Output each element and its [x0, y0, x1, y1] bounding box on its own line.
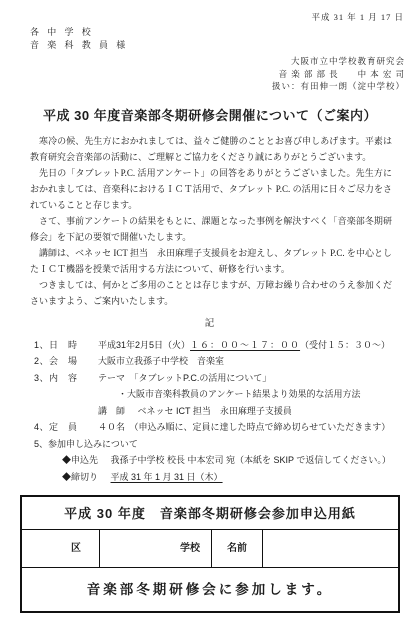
paragraph-invitation: つきましては、何かとご多用のこととは存じますが、万障お繰り合わせのうえ参加くださ…: [30, 277, 392, 309]
instructor-label: 講 師: [98, 406, 125, 416]
application-destination: ◆申込先 我孫子中学校 校長 中本宏司 宛（本紙を SKIP で返信してください…: [34, 452, 406, 469]
datetime-time-underlined: １６：００～１７：００: [190, 340, 300, 350]
item-content-label: 3、内 容: [34, 370, 98, 387]
item-venue: 2、会 場 大阪市立我孫子中学校 音楽室: [34, 353, 406, 370]
recipient-line-teachers: 音 楽 科 教 員 様: [30, 39, 420, 52]
item-venue-label: 2、会 場: [34, 353, 98, 370]
recipient-line-schools: 各 中 学 校: [30, 26, 420, 39]
datetime-reception: （受付１５：３０～）: [300, 340, 390, 350]
paragraph-survey-thanks: 先日の「タブレットP.C. 活用アンケート」の回答をありがとうございました。先生…: [30, 165, 392, 213]
paragraph-instructor: 講師は、ベネッセ ICT 担当 永田麻理子支援員をお迎えし、タブレット P.C.…: [30, 245, 392, 277]
application-deadline-date: 平成 31 年 1 月 31 日（木）: [111, 472, 223, 482]
application-deadline-label: ◆締切り: [62, 472, 98, 482]
item-content-theme: テーマ 「タブレットP.C.の活用について」: [98, 370, 406, 387]
application-destination-value: 我孫子中学校 校長 中本宏司 宛（本紙を SKIP で返信してください。）: [111, 455, 391, 465]
name-field-label-cell: 名前: [212, 530, 263, 567]
application-form-title: 平成 30 年度 音楽部冬期研修会参加申込用紙: [22, 497, 398, 530]
application-destination-label: ◆申込先: [62, 455, 98, 465]
details-list: 1、日 時 平成31年2月5日（火）１６：００～１７：００（受付１５：３０～） …: [34, 337, 406, 486]
item-content-detail: ・大阪市音楽科教員のアンケート結果より効果的な活用方法: [34, 386, 406, 403]
item-datetime-label: 1、日 時: [34, 337, 98, 354]
item-content-instructor: 講 師 ベネッセ ICT 担当 永田麻理子支援員: [34, 403, 406, 420]
name-input-cell: [263, 530, 398, 567]
item-content: 3、内 容 テーマ 「タブレットP.C.の活用について」: [34, 370, 406, 387]
record-marker: 記: [0, 315, 420, 329]
participation-statement: 音楽部冬期研修会に参加します。: [22, 568, 398, 611]
item-capacity-label: 4、定 員: [34, 419, 98, 436]
paragraph-announcement: さて、事前アンケートの結果をもとに、課題となった事例を解決すべく「音楽部冬期研修…: [30, 213, 392, 245]
paragraph-greeting: 寒冷の候、先生方におかれましては、益々ご健勝のこととお喜び申しあげます。平素は教…: [30, 133, 392, 165]
document-page: 平成 31 年 1 月 17 日 各 中 学 校 音 楽 科 教 員 様 大阪市…: [0, 0, 420, 625]
item-capacity: 4、定 員 ４０名 （申込み順に、定員に達した時点で締め切らせていただきます）: [34, 419, 406, 436]
item-datetime-value: 平成31年2月5日（火）１６：００～１７：００（受付１５：３０～）: [98, 337, 406, 354]
item-venue-value: 大阪市立我孫子中学校 音楽室: [98, 353, 406, 370]
recipient-block: 各 中 学 校 音 楽 科 教 員 様: [30, 26, 420, 52]
sender-block: 大阪市立中学校教育研究会 音 楽 部 部 長 中 本 宏 司 扱い：有田伸一朗（…: [0, 55, 405, 93]
application-form: 平成 30 年度 音楽部冬期研修会参加申込用紙 区 学校 名前 音楽部冬期研修会…: [20, 495, 400, 613]
body-text: 寒冷の候、先生方におかれましては、益々ご健勝のこととお喜び申しあげます。平素は教…: [30, 133, 392, 309]
application-form-fields: 区 学校 名前: [22, 530, 398, 568]
document-title: 平成 30 年度音楽部冬期研修会開催について（ご案内）: [0, 105, 420, 124]
item-datetime: 1、日 時 平成31年2月5日（火）１６：００～１７：００（受付１５：３０～）: [34, 337, 406, 354]
instructor-name: ベネッセ ICT 担当 永田麻理子支援員: [138, 406, 292, 416]
sender-organization: 大阪市立中学校教育研究会: [0, 55, 405, 68]
datetime-date: 平成31年2月5日（火）: [98, 340, 190, 350]
application-deadline: ◆締切り 平成 31 年 1 月 31 日（木）: [34, 469, 406, 486]
sender-contact: 扱い：有田伸一朗（淀中学校）: [0, 80, 405, 93]
document-date: 平成 31 年 1 月 17 日: [0, 0, 420, 23]
sender-chief: 音 楽 部 部 長 中 本 宏 司: [0, 68, 405, 81]
item-capacity-value: ４０名 （申込み順に、定員に達した時点で締め切らせていただきます）: [98, 419, 406, 436]
school-field-cell: 学校: [100, 530, 212, 567]
item-application-heading: 5、参加申し込みについて: [34, 436, 406, 453]
ward-field-cell: 区: [22, 530, 100, 567]
